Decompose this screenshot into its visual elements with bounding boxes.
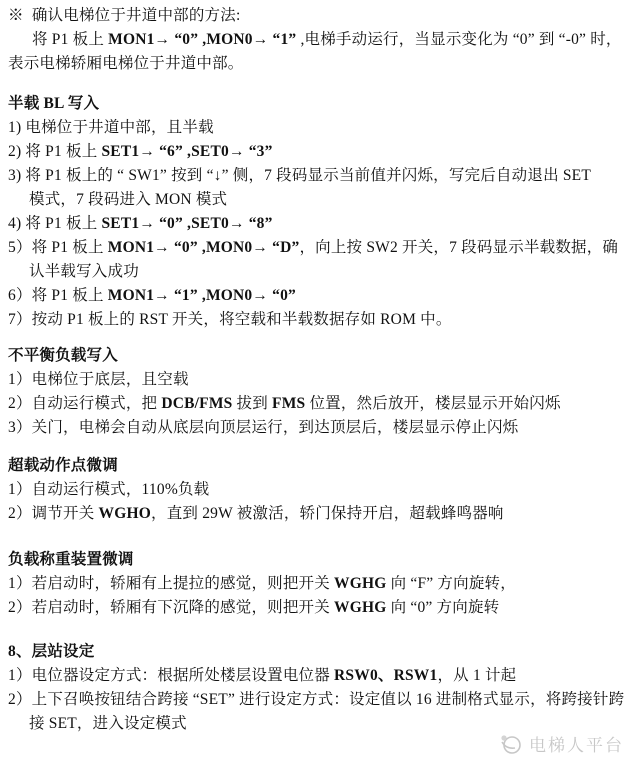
- watermark-label: 电梯人平台: [529, 731, 624, 756]
- text-run: WGHO: [99, 505, 151, 522]
- text-run: MON1→ “0” ,MON0→ “1”: [108, 31, 296, 48]
- text-run: WGHG: [334, 599, 386, 616]
- document-body: ※ 确认电梯位于井道中部的方法:将 P1 板上 MON1→ “0” ,MON0→…: [0, 0, 640, 736]
- text-line: 1）若启动时，轿厢有上提拉的感觉，则把开关 WGHG 向 “F” 方向旋转，: [8, 572, 630, 596]
- text-run: 7）按动 P1 板上的 RST 开关，将空载和半载数据存如 ROM 中。: [8, 311, 452, 328]
- text-run: 4) 将 P1 板上: [8, 215, 101, 232]
- text-line: 2）上下召唤按钮结合跨接 “SET” 进行设定方式：设定值以 16 进制格式显示…: [8, 688, 630, 712]
- text-run: 模式，7 段码进入 MON 模式: [29, 191, 227, 208]
- text-run: FMS: [272, 395, 305, 412]
- text-line: 2）若启动时，轿厢有下沉降的感觉，则把开关 WGHG 向 “0” 方向旋转: [8, 596, 630, 620]
- text-line: 3）关门，电梯会自动从底层向顶层运行，到达顶层后，楼层显示停止闪烁: [8, 416, 630, 440]
- text-line: 3) 将 P1 板上的 “ SW1” 按到 “↓” 侧，7 段码显示当前值并闪烁…: [8, 164, 630, 188]
- text-run: 1）电位器设定方式：根据所处楼层设置电位器: [8, 667, 334, 684]
- text-line: 1) 电梯位于井道中部，且半载: [8, 116, 630, 140]
- text-line: ※ 确认电梯位于井道中部的方法:: [8, 4, 630, 28]
- text-run: 8、层站设定: [8, 643, 94, 660]
- text-line: 6）将 P1 板上 MON1→ “1” ,MON0→ “0”: [8, 284, 630, 308]
- text-run: 2）调节开关: [8, 505, 99, 522]
- section-heading: 8、层站设定: [8, 640, 630, 664]
- text-run: 超载动作点微调: [8, 457, 118, 474]
- watermark: 电梯人平台: [498, 731, 624, 756]
- text-run: RSW0、RSW1: [334, 667, 437, 684]
- text-line: 4) 将 P1 板上 SET1→ “0” ,SET0→ “8”: [8, 212, 630, 236]
- text-run: 不平衡负载写入: [8, 347, 118, 364]
- document-page: { "page": { "background": "#ffffff", "te…: [0, 0, 640, 764]
- text-run: WGHG: [334, 575, 386, 592]
- text-run: 接 SET，进入设定模式: [29, 715, 187, 732]
- section-heading: 不平衡负载写入: [8, 344, 630, 368]
- text-line: 1）电梯位于底层，且空载: [8, 368, 630, 392]
- text-run: 向 “0” 方向旋转: [387, 599, 500, 616]
- text-line: 将 P1 板上 MON1→ “0” ,MON0→ “1” ,电梯手动运行，当显示…: [8, 28, 630, 52]
- text-run: 负载称重装置微调: [8, 551, 134, 568]
- text-run: 2）若启动时，轿厢有下沉降的感觉，则把开关: [8, 599, 334, 616]
- text-run: 1）自动运行模式，110%负载: [8, 481, 209, 498]
- text-run: 2）自动运行模式，把: [8, 395, 161, 412]
- text-run: DCB/FMS: [161, 395, 232, 412]
- text-run: 1) 电梯位于井道中部，且半载: [8, 119, 214, 136]
- text-run: 6）将 P1 板上: [8, 287, 108, 304]
- text-line: 2）调节开关 WGHO，直到 29W 被激活，轿门保持开启，超载蜂鸣器响: [8, 502, 630, 526]
- text-run: 3) 将 P1 板上的 “ SW1” 按到 “↓” 侧，7 段码显示当前值并闪烁…: [8, 167, 591, 184]
- text-run: ,电梯手动运行，当显示变化为 “0” 到 “-0” 时，: [296, 31, 621, 48]
- text-run: 2）上下召唤按钮结合跨接 “SET” 进行设定方式：设定值以 16 进制格式显示…: [8, 691, 624, 708]
- text-line: 模式，7 段码进入 MON 模式: [8, 188, 630, 212]
- section-heading: 超载动作点微调: [8, 454, 630, 478]
- text-run: ，向上按 SW2 开关，7 段码显示半载数据，确: [299, 239, 618, 256]
- text-run: ，直到 29W 被激活，轿门保持开启，超载蜂鸣器响: [151, 505, 504, 522]
- text-run: 半载 BL 写入: [8, 95, 99, 112]
- text-run: 3）关门，电梯会自动从底层向顶层运行，到达顶层后，楼层显示停止闪烁: [8, 419, 518, 436]
- text-line: 5）将 P1 板上 MON1→ “0” ,MON0→ “D”，向上按 SW2 开…: [8, 236, 630, 260]
- text-run: MON1→ “1” ,MON0→ “0”: [108, 287, 296, 304]
- text-run: MON1→ “0” ,MON0→ “D”: [108, 239, 300, 256]
- section-heading: 负载称重装置微调: [8, 548, 630, 572]
- text-line: 表示电梯轿厢电梯位于井道中部。: [8, 52, 630, 76]
- text-run: 5）将 P1 板上: [8, 239, 108, 256]
- text-run: 1）若启动时，轿厢有上提拉的感觉，则把开关: [8, 575, 334, 592]
- text-run: 认半载写入成功: [29, 263, 139, 280]
- text-run: ，从 1 计起: [437, 667, 516, 684]
- text-line: 7）按动 P1 板上的 RST 开关，将空载和半载数据存如 ROM 中。: [8, 308, 630, 332]
- section-heading: 半载 BL 写入: [8, 92, 630, 116]
- text-run: SET1→ “6” ,SET0→ “3”: [101, 143, 272, 160]
- watermark-logo-icon: [498, 732, 524, 756]
- text-run: SET1→ “0” ,SET0→ “8”: [101, 215, 272, 232]
- text-run: 将 P1 板上: [32, 31, 108, 48]
- text-run: 向 “F” 方向旋转，: [387, 575, 516, 592]
- text-line: 1）电位器设定方式：根据所处楼层设置电位器 RSW0、RSW1，从 1 计起: [8, 664, 630, 688]
- text-run: 1）电梯位于底层，且空载: [8, 371, 189, 388]
- text-run: 2) 将 P1 板上: [8, 143, 101, 160]
- text-run: 表示电梯轿厢电梯位于井道中部。: [8, 55, 244, 72]
- text-run: 拔到: [232, 395, 272, 412]
- text-line: 1）自动运行模式，110%负载: [8, 478, 630, 502]
- text-run: 位置，然后放开，楼层显示开始闪烁: [305, 395, 560, 412]
- text-line: 认半载写入成功: [8, 260, 630, 284]
- text-line: 2）自动运行模式，把 DCB/FMS 拔到 FMS 位置，然后放开，楼层显示开始…: [8, 392, 630, 416]
- text-line: 2) 将 P1 板上 SET1→ “6” ,SET0→ “3”: [8, 140, 630, 164]
- text-run: ※ 确认电梯位于井道中部的方法:: [8, 7, 240, 24]
